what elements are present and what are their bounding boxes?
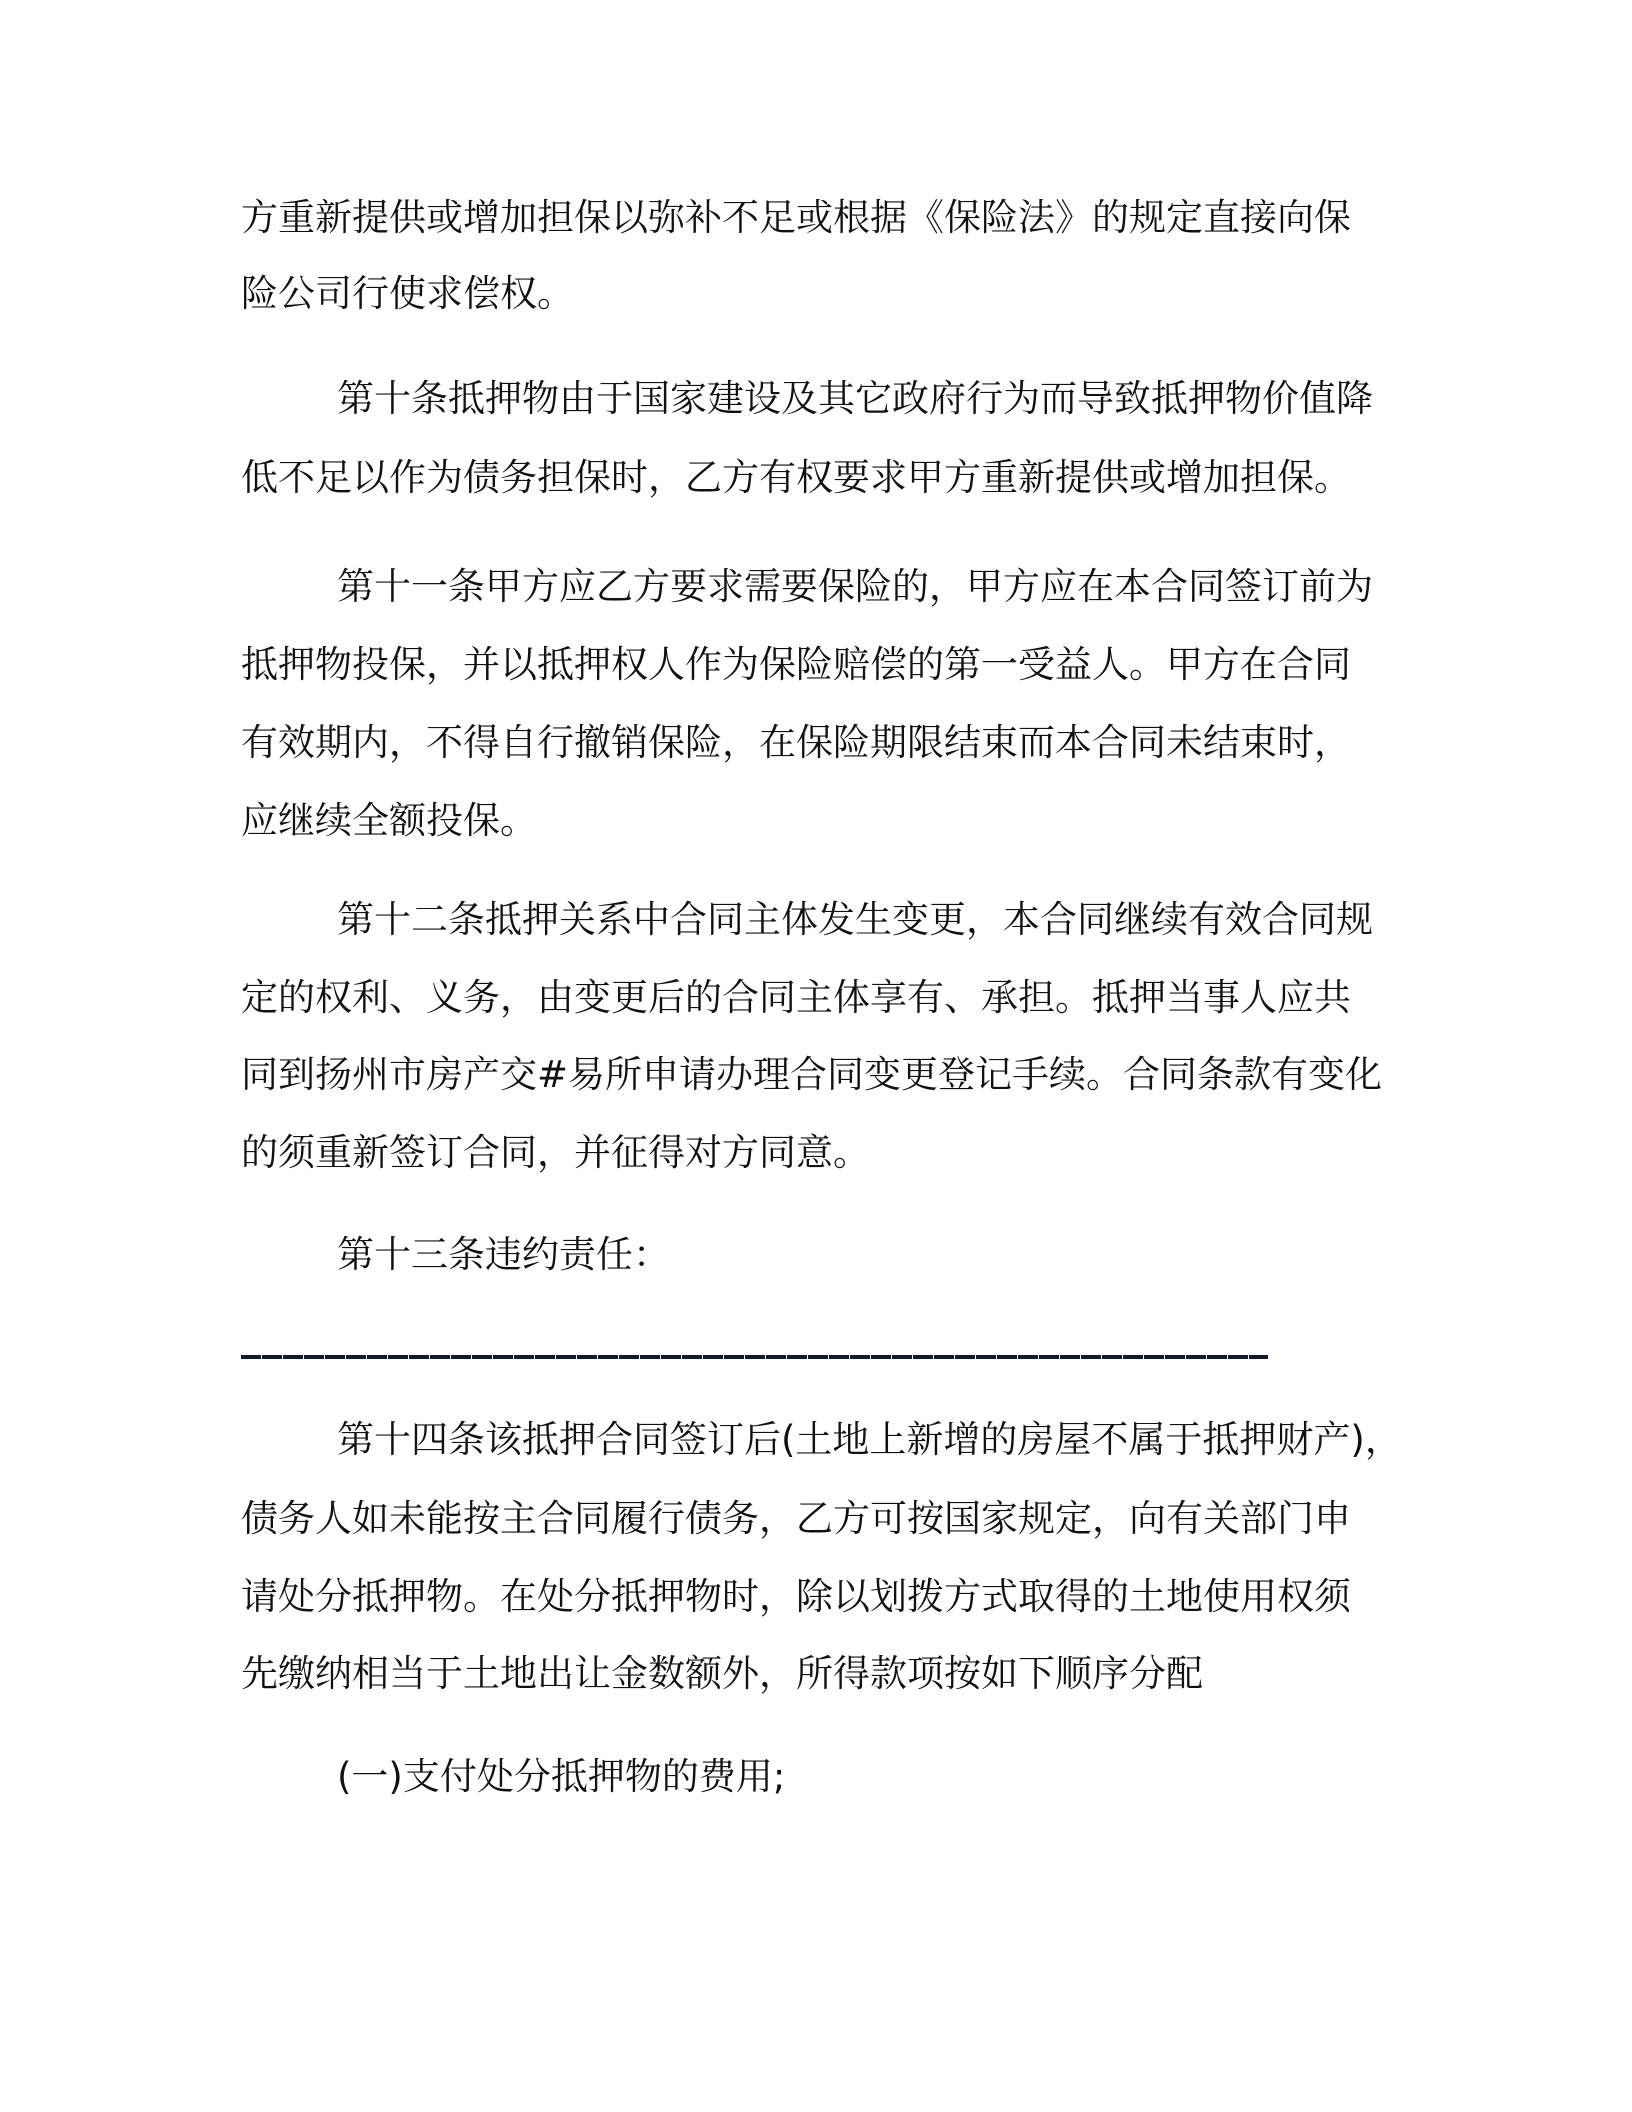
text-line: 请处分抵押物。在处分抵押物时，除以划拨方式取得的土地使用权须 [241, 1575, 1351, 1619]
text-line: 有效期内，不得自行撤销保险，在保险期限结束而本合同未结束时， [241, 721, 1351, 765]
text-line: 应继续全额投保。 [241, 799, 537, 843]
text-line: (一)支付处分抵押物的费用; [337, 1755, 785, 1799]
text-line: 抵押物投保，并以抵押权人作为保险赔偿的第一受益人。甲方在合同 [241, 643, 1351, 687]
text-line: 定的权利、义务，由变更后的合同主体享有、承担。抵押当事人应共 [241, 976, 1351, 1020]
text-line: 第十二条抵押关系中合同主体发生变更，本合同继续有效合同规 [337, 898, 1373, 942]
text-line: 险公司行使求偿权。 [241, 272, 574, 316]
blank-fill-underline [241, 1355, 1268, 1359]
text-line: 低不足以作为债务担保时，乙方有权要求甲方重新提供或增加担保。 [241, 456, 1351, 500]
text-line: 的须重新签订合同，并征得对方同意。 [241, 1131, 870, 1175]
text-line: 第十三条违约责任： [337, 1233, 670, 1277]
text-line: 债务人如未能按主合同履行债务，乙方可按国家规定，向有关部门申 [241, 1497, 1351, 1541]
text-line: 方重新提供或增加担保以弥补不足或根据《保险法》的规定直接向保 [241, 196, 1351, 240]
text-line: 第十四条该抵押合同签订后(土地上新增的房屋不属于抵押财产)， [337, 1418, 1402, 1462]
text-line: 先缴纳相当于土地出让金数额外，所得款项按如下顺序分配 [241, 1652, 1203, 1696]
text-line: 同到扬州市房产交#易所申请办理合同变更登记手续。合同条款有变化 [241, 1053, 1382, 1097]
text-line: 第十条抵押物由于国家建设及其它政府行为而导致抵押物价值降 [337, 377, 1373, 421]
document-page: 方重新提供或增加担保以弥补不足或根据《保险法》的规定直接向保 险公司行使求偿权。… [0, 0, 1632, 2112]
text-line: 第十一条甲方应乙方要求需要保险的，甲方应在本合同签订前为 [337, 565, 1373, 609]
